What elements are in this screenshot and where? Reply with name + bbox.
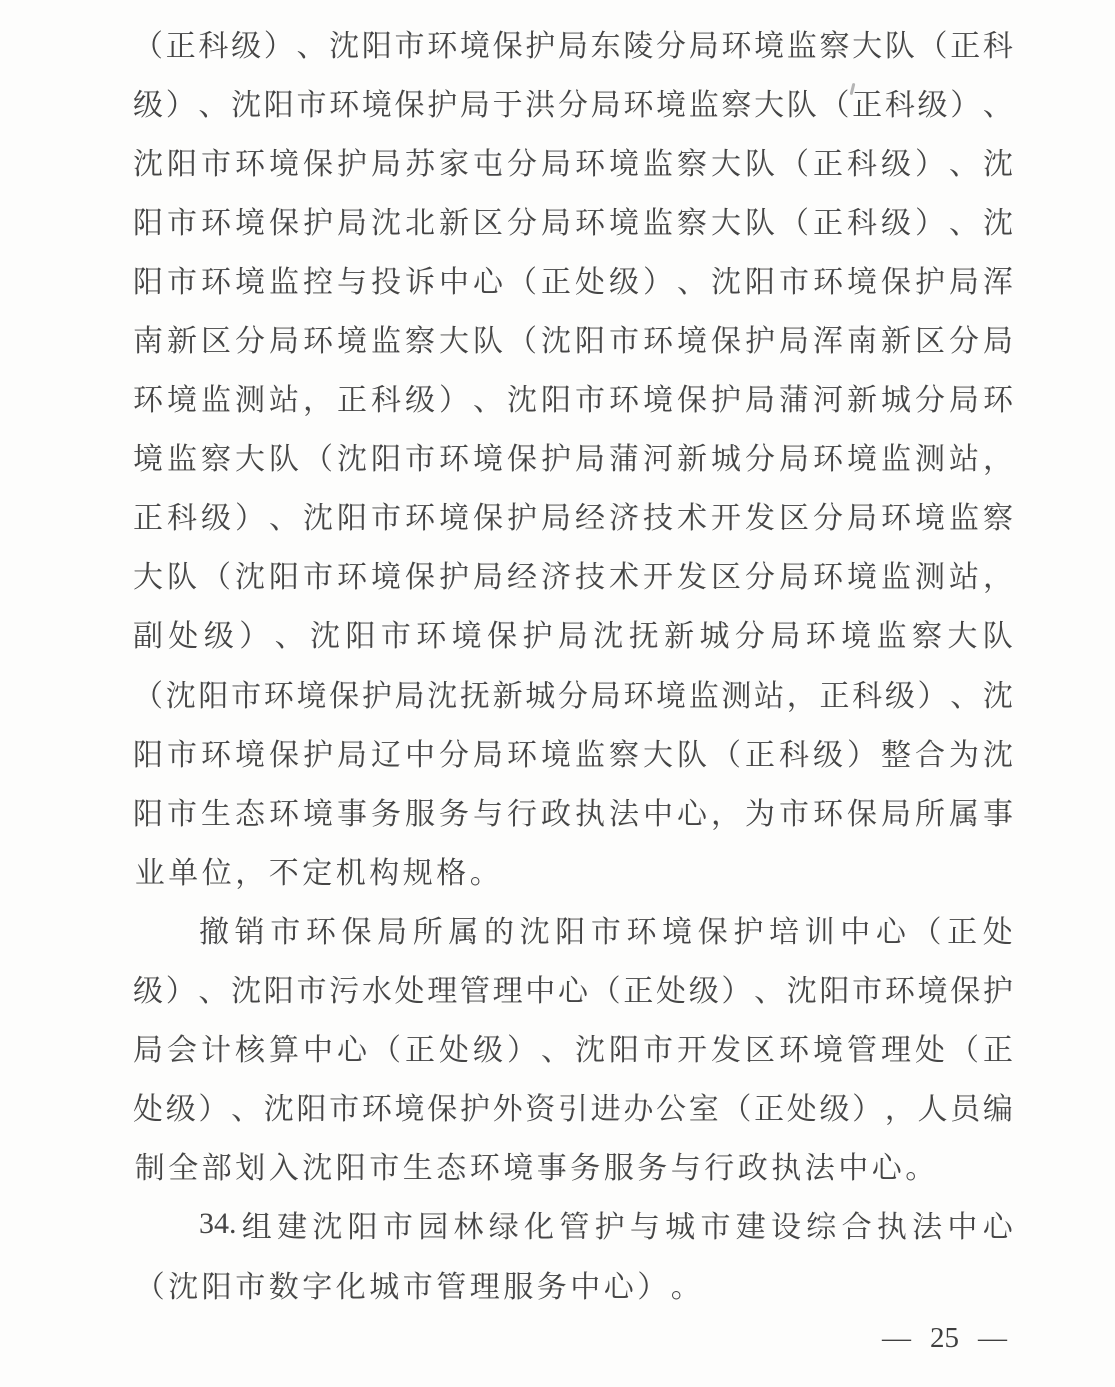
text-line: 大队（沈阳市环境保护局经济技术开发区分局环境监测站， xyxy=(133,545,1013,604)
text-char: 大 xyxy=(754,80,784,124)
text-char: 市 xyxy=(609,316,639,360)
text-char: 局 xyxy=(473,552,503,596)
text-line: 34.组建沈阳市园林绿化管护与城市建设综合执法中心 xyxy=(133,1195,1013,1254)
text-char: 河 xyxy=(813,375,843,419)
text-char: 科 xyxy=(847,198,877,242)
text-char: 监 xyxy=(371,316,401,360)
text-char: 编 xyxy=(983,1084,1013,1128)
text-char: 东 xyxy=(591,21,621,65)
text-char: 计 xyxy=(201,1025,231,1069)
text-char: 境 xyxy=(609,139,639,183)
text-char: 环 xyxy=(439,434,469,478)
text-char: 局 xyxy=(558,611,588,655)
text-char: 保 xyxy=(427,1084,457,1128)
text-char: 市 xyxy=(591,907,621,951)
text-char: 察 xyxy=(609,730,639,774)
text-char: 市 xyxy=(296,966,326,1010)
text-char: 科 xyxy=(198,21,228,65)
text-char: 市 xyxy=(700,1202,730,1246)
text-char: 处 xyxy=(656,966,686,1010)
text-char: （ xyxy=(201,552,231,596)
text-char: 政 xyxy=(541,789,571,833)
text-char: 环 xyxy=(133,375,163,419)
text-char: 境 xyxy=(847,257,877,301)
text-char: 局 xyxy=(337,730,367,774)
text-char: 局 xyxy=(779,552,809,596)
text-char: 环 xyxy=(201,257,231,301)
text-char: 局 xyxy=(949,375,979,419)
text-char: 察 xyxy=(677,139,707,183)
text-char: ） xyxy=(636,1262,670,1306)
text-char: 区 xyxy=(745,1025,775,1069)
text-char: 环 xyxy=(623,671,653,715)
text-line: 制全部划入沈阳市生态环境事务服务与行政执法中心。 xyxy=(133,1136,1013,1195)
text-char: 态 xyxy=(435,1143,469,1187)
text-char: 局 xyxy=(779,434,809,478)
text-char: 科 xyxy=(852,671,882,715)
text-char: 护 xyxy=(525,21,555,65)
text-char: 保 xyxy=(711,316,741,360)
text-char: 沈 xyxy=(983,671,1013,715)
text-char: 培 xyxy=(769,907,799,951)
text-char: 级 xyxy=(881,139,911,183)
text-char: 、 xyxy=(198,80,228,124)
text-char: 、 xyxy=(950,671,980,715)
text-char: 沈 xyxy=(371,198,401,242)
text-line: 级）、沈阳市环境保护局于洪分局环境监察大队（正科级）、 xyxy=(133,72,1013,131)
text-char: 队 xyxy=(885,21,915,65)
text-char: （ xyxy=(949,1025,979,1069)
text-char: 服 xyxy=(405,789,435,833)
text-char: 市 xyxy=(167,257,197,301)
text-char: 园 xyxy=(418,1202,448,1246)
text-char: 监 xyxy=(643,198,673,242)
text-line: 处级）、沈阳市环境保护外资引进办公室（正处级），人员编 xyxy=(133,1077,1013,1136)
text-char: （ xyxy=(371,1025,401,1069)
text-char: 测 xyxy=(235,375,265,419)
text-char: 理 xyxy=(468,1262,502,1306)
text-char: ） xyxy=(950,80,980,124)
text-char: 、 xyxy=(983,80,1013,124)
text-char: 理 xyxy=(493,966,523,1010)
text-char: 境 xyxy=(841,611,871,655)
text-char: 监 xyxy=(881,434,911,478)
text-char: 心 xyxy=(473,257,503,301)
text-char: 市 xyxy=(234,1262,268,1306)
text-char: 市 xyxy=(167,730,197,774)
text-line: 环境监测站，正科级）、沈阳市环境保护局蒲河新城分局环 xyxy=(133,368,1013,427)
text-char: 环 xyxy=(303,316,333,360)
text-char: 新 xyxy=(493,671,523,715)
text-char: 环 xyxy=(201,198,231,242)
text-char: 正 xyxy=(405,1025,435,1069)
text-char: 所 xyxy=(413,907,443,951)
text-char: 大 xyxy=(133,552,163,596)
text-char: 与 xyxy=(630,1202,660,1246)
text-char: 级 xyxy=(201,493,231,537)
text-char: 正 xyxy=(983,1025,1013,1069)
text-char: 环 xyxy=(416,611,446,655)
text-char: 境 xyxy=(915,493,945,537)
text-char: 规 xyxy=(401,848,435,892)
text-char: 阳 xyxy=(362,21,392,65)
text-char: 科 xyxy=(371,375,401,419)
text-char: 、 xyxy=(949,139,979,183)
text-char: 监 xyxy=(877,611,907,655)
text-char: 处 xyxy=(575,257,605,301)
text-char: 中 xyxy=(947,1202,977,1246)
text-char: 市 xyxy=(303,552,333,596)
text-char: 浑 xyxy=(983,257,1013,301)
text-char: 理 xyxy=(881,1025,911,1069)
text-char: 心 xyxy=(983,1202,1013,1246)
text-char: 沈 xyxy=(231,966,261,1010)
text-char: 服 xyxy=(502,1262,536,1306)
text-char: 沈 xyxy=(310,611,340,655)
text-char: 科 xyxy=(885,80,915,124)
text-char: （ xyxy=(133,671,163,715)
text-char: 境 xyxy=(303,789,333,833)
text-char: 局 xyxy=(591,80,621,124)
text-char: 蒲 xyxy=(609,434,639,478)
text-char: 沈 xyxy=(329,21,359,65)
text-char: 局 xyxy=(541,198,571,242)
page-footer: — 25 — xyxy=(882,1322,1007,1355)
text-char: 境 xyxy=(643,375,673,419)
text-char: 境 xyxy=(337,316,367,360)
text-char: 法 xyxy=(609,789,639,833)
text-char: ） xyxy=(239,611,269,655)
text-char: 市 xyxy=(852,966,882,1010)
text-line: 境监察大队（沈阳市环境保护局蒲河新城分局环境监测站， xyxy=(133,427,1013,486)
text-char: 局 xyxy=(395,671,425,715)
text-char: 大 xyxy=(235,434,265,478)
text-char: 阳 xyxy=(575,316,605,360)
text-char: 属 xyxy=(949,789,979,833)
text-char: 环 xyxy=(201,730,231,774)
text-char: 市 xyxy=(383,1202,413,1246)
text-char: 城 xyxy=(711,434,741,478)
text-char: （ xyxy=(591,966,621,1010)
text-char: 保 xyxy=(950,966,980,1010)
text-char: 境 xyxy=(609,198,639,242)
text-char: 市 xyxy=(779,789,809,833)
text-char: 局 xyxy=(779,316,809,360)
text-line: 正科级）、沈阳市环境保护局经济技术开发区分局环境监察 xyxy=(133,486,1013,545)
text-char: 监 xyxy=(167,434,197,478)
text-char: 引 xyxy=(558,1084,588,1128)
text-char: 护 xyxy=(733,907,763,951)
text-char: 心 xyxy=(558,966,588,1010)
text-char: 核 xyxy=(235,1025,265,1069)
text-char: 管 xyxy=(559,1202,589,1246)
text-char: 大 xyxy=(852,21,882,65)
text-char: 辽 xyxy=(371,730,401,774)
text-char: ， xyxy=(787,671,817,715)
text-char: 市 xyxy=(405,434,435,478)
text-char: 员 xyxy=(950,1084,980,1128)
text-char: 心 xyxy=(602,1262,636,1306)
text-char: 护 xyxy=(427,80,457,124)
text-char: 济 xyxy=(541,552,571,596)
text-char: 、 xyxy=(269,493,299,537)
text-char: 市 xyxy=(381,611,411,655)
text-char: 沈 xyxy=(133,139,163,183)
text-char: ） xyxy=(235,493,265,537)
text-char: 。 xyxy=(904,1143,938,1187)
text-char: ， xyxy=(234,848,268,892)
text-char: 阳 xyxy=(264,966,294,1010)
text-char: 队 xyxy=(473,316,503,360)
text-char: 境 xyxy=(371,552,401,596)
text-char: （ xyxy=(779,198,809,242)
text-char: 环 xyxy=(575,198,605,242)
text-char: 护 xyxy=(303,198,333,242)
text-char: 屯 xyxy=(473,139,503,183)
text-char: 公 xyxy=(656,1084,686,1128)
text-char: 城 xyxy=(665,1202,695,1246)
text-char: 局 xyxy=(133,1025,163,1069)
text-char: 开 xyxy=(711,493,741,537)
text-char: 阳 xyxy=(198,671,228,715)
text-char: 、 xyxy=(677,257,707,301)
text-char: 沈 xyxy=(983,198,1013,242)
page-number: 25 xyxy=(930,1322,959,1355)
text-char: 护 xyxy=(595,1202,625,1246)
text-char: 环 xyxy=(507,730,537,774)
text-char: 发 xyxy=(711,1025,741,1069)
text-char: 沈 xyxy=(264,1084,294,1128)
text-char: 护 xyxy=(541,434,571,478)
text-char: 环 xyxy=(609,375,639,419)
text-char: （ xyxy=(779,139,809,183)
text-char: 沈 xyxy=(541,316,571,360)
text-char: 大 xyxy=(711,198,741,242)
text-char: 抚 xyxy=(460,671,490,715)
text-char: ， xyxy=(885,1084,915,1128)
text-char: 市 xyxy=(371,493,401,537)
text-char: 分 xyxy=(915,375,945,419)
text-char: 外 xyxy=(493,1084,523,1128)
text-char: 单 xyxy=(167,848,201,892)
text-char: 区 xyxy=(779,493,809,537)
text-char: 阳 xyxy=(541,375,571,419)
text-char: 局 xyxy=(558,21,588,65)
text-char: 北 xyxy=(405,198,435,242)
text-char: （ xyxy=(711,730,741,774)
text-char: 城 xyxy=(368,1262,402,1306)
text-char: 境 xyxy=(362,80,392,124)
text-line: 沈阳市环境保护局苏家屯分局环境监察大队（正科级）、沈 xyxy=(133,131,1013,190)
text-char: 护 xyxy=(711,375,741,419)
text-char: 分 xyxy=(735,611,765,655)
text-char: 环 xyxy=(643,316,673,360)
text-char: 境 xyxy=(269,139,299,183)
text-char: 市 xyxy=(779,257,809,301)
text-char: ） xyxy=(166,966,196,1010)
text-char: 保 xyxy=(269,730,299,774)
text-char: 务 xyxy=(535,1262,569,1306)
text-char: 环 xyxy=(329,80,359,124)
text-char: 局 xyxy=(591,671,621,715)
text-line: 南新区分局环境监察大队（沈阳市环境保护局浑南新区分局 xyxy=(133,308,1013,367)
text-char: 站 xyxy=(949,552,979,596)
text-char: 定 xyxy=(301,848,335,892)
text-char: 务 xyxy=(569,1143,603,1187)
text-char: ） xyxy=(198,1084,228,1128)
text-char: 正 xyxy=(133,493,163,537)
text-char: 局 xyxy=(983,316,1013,360)
text-char: 察 xyxy=(721,80,751,124)
text-char: 局 xyxy=(460,80,490,124)
text-char: 理 xyxy=(427,966,457,1010)
text-char: 34. xyxy=(199,1207,237,1241)
text-char: 市 xyxy=(167,198,197,242)
text-char: 正 xyxy=(623,966,653,1010)
text-char: （ xyxy=(133,1262,167,1306)
text-char: 护 xyxy=(507,493,537,537)
text-char: 市 xyxy=(368,1143,402,1187)
text-char: 济 xyxy=(609,493,639,537)
text-char: ） xyxy=(847,730,877,774)
text-char: 阳 xyxy=(819,966,849,1010)
text-char: 阳 xyxy=(371,434,401,478)
text-char: 建 xyxy=(736,1202,766,1246)
text-char: 区 xyxy=(915,316,945,360)
text-char: 新 xyxy=(881,316,911,360)
text-char: 测 xyxy=(721,671,751,715)
text-char: 。 xyxy=(468,848,502,892)
text-char: 保 xyxy=(847,789,877,833)
text-char: 经 xyxy=(575,493,605,537)
text-char: 心 xyxy=(677,789,707,833)
text-char: 察 xyxy=(201,434,231,478)
text-char: 数 xyxy=(267,1262,301,1306)
text-char: 环 xyxy=(306,907,336,951)
text-char: 保 xyxy=(329,671,359,715)
text-char: 队 xyxy=(787,80,817,124)
text-char: （ xyxy=(721,1084,751,1128)
text-char: 境 xyxy=(473,434,503,478)
text-char: 合 xyxy=(915,730,945,774)
text-char: （ xyxy=(507,316,537,360)
document-body: （正科级）、沈阳市环境保护局东陵分局环境监察大队（正科级）、沈阳市环境保护局于洪… xyxy=(133,13,1013,1313)
text-char: 察 xyxy=(677,198,707,242)
text-char: 局 xyxy=(269,316,299,360)
text-char: 境 xyxy=(656,671,686,715)
text-char: 阳 xyxy=(167,139,197,183)
text-char: 术 xyxy=(677,493,707,537)
text-char: 监 xyxy=(689,671,719,715)
text-char: 阳 xyxy=(269,552,299,596)
text-char: 局 xyxy=(473,730,503,774)
text-char: 环 xyxy=(983,375,1013,419)
text-char: 级 xyxy=(881,198,911,242)
text-char: 保 xyxy=(881,257,911,301)
text-char: 环 xyxy=(235,139,265,183)
text-char: 环 xyxy=(813,257,843,301)
text-char: 沈 xyxy=(575,1025,605,1069)
text-char: 分 xyxy=(507,139,537,183)
text-char: 进 xyxy=(591,1084,621,1128)
text-char: 行 xyxy=(507,789,537,833)
text-char: 务 xyxy=(371,789,401,833)
text-char: 正 xyxy=(754,1084,784,1128)
text-char: 保 xyxy=(473,493,503,537)
text-char: ） xyxy=(264,21,294,65)
text-char: 分 xyxy=(439,730,469,774)
text-char: 水 xyxy=(362,966,392,1010)
text-line: （沈阳市数字化城市管理服务中心）。 xyxy=(133,1254,1013,1313)
footer-left-dash: — xyxy=(882,1322,911,1355)
text-char: 保 xyxy=(677,375,707,419)
text-char: 局 xyxy=(377,907,407,951)
text-char: 生 xyxy=(201,789,231,833)
text-char: 阳 xyxy=(133,198,163,242)
text-char: 科 xyxy=(847,139,877,183)
text-char: 级 xyxy=(819,1084,849,1128)
text-char: 术 xyxy=(609,552,639,596)
text-char: 环 xyxy=(337,552,367,596)
text-char: ， xyxy=(303,375,333,419)
text-char: 局 xyxy=(541,139,571,183)
text-char: 室 xyxy=(689,1084,719,1128)
text-char: 蒲 xyxy=(779,375,809,419)
text-char: 护 xyxy=(439,552,469,596)
text-char: 级 xyxy=(689,966,719,1010)
text-char: 政 xyxy=(736,1143,770,1187)
text-char: 管 xyxy=(435,1262,469,1306)
text-char: 务 xyxy=(439,789,469,833)
text-char: 级 xyxy=(918,80,948,124)
text-char: 副 xyxy=(133,611,163,655)
text-char: 环 xyxy=(623,80,653,124)
text-char: 环 xyxy=(721,21,751,65)
text-char: 正 xyxy=(950,21,980,65)
text-char: 级 xyxy=(885,671,915,715)
text-char: 分 xyxy=(949,316,979,360)
text-char: 与 xyxy=(337,257,367,301)
text-char: 保 xyxy=(493,21,523,65)
text-char: 城 xyxy=(700,611,730,655)
text-char: 境 xyxy=(133,434,163,478)
text-char: ） xyxy=(166,80,196,124)
scanned-document-page: （正科级）、沈阳市环境保护局东陵分局环境监察大队（正科级）、沈阳市环境保护局于洪… xyxy=(0,0,1115,1387)
text-char: 正 xyxy=(813,198,843,242)
text-char: 组 xyxy=(242,1202,272,1246)
text-char: 为 xyxy=(745,789,775,833)
text-char: 河 xyxy=(643,434,673,478)
text-char: 阳 xyxy=(133,789,163,833)
text-char: 监 xyxy=(787,21,817,65)
text-char: 南 xyxy=(847,316,877,360)
text-char: 察 xyxy=(983,493,1013,537)
text-char: 所 xyxy=(915,789,945,833)
text-char: 正 xyxy=(745,730,775,774)
text-char: 新 xyxy=(439,198,469,242)
text-char: 境 xyxy=(395,1084,425,1128)
text-char: 护 xyxy=(337,139,367,183)
text-char: 队 xyxy=(745,198,775,242)
text-char: 环 xyxy=(779,1025,809,1069)
text-char: 分 xyxy=(745,434,775,478)
text-char: 城 xyxy=(881,375,911,419)
text-char: 阳 xyxy=(296,1084,326,1128)
text-char: 环 xyxy=(468,1143,502,1187)
text-line: 副处级）、沈阳市环境保护局沈抚新城分局环境监察大队 xyxy=(133,604,1013,663)
text-char: 级 xyxy=(166,1084,196,1128)
text-char: 境 xyxy=(296,671,326,715)
